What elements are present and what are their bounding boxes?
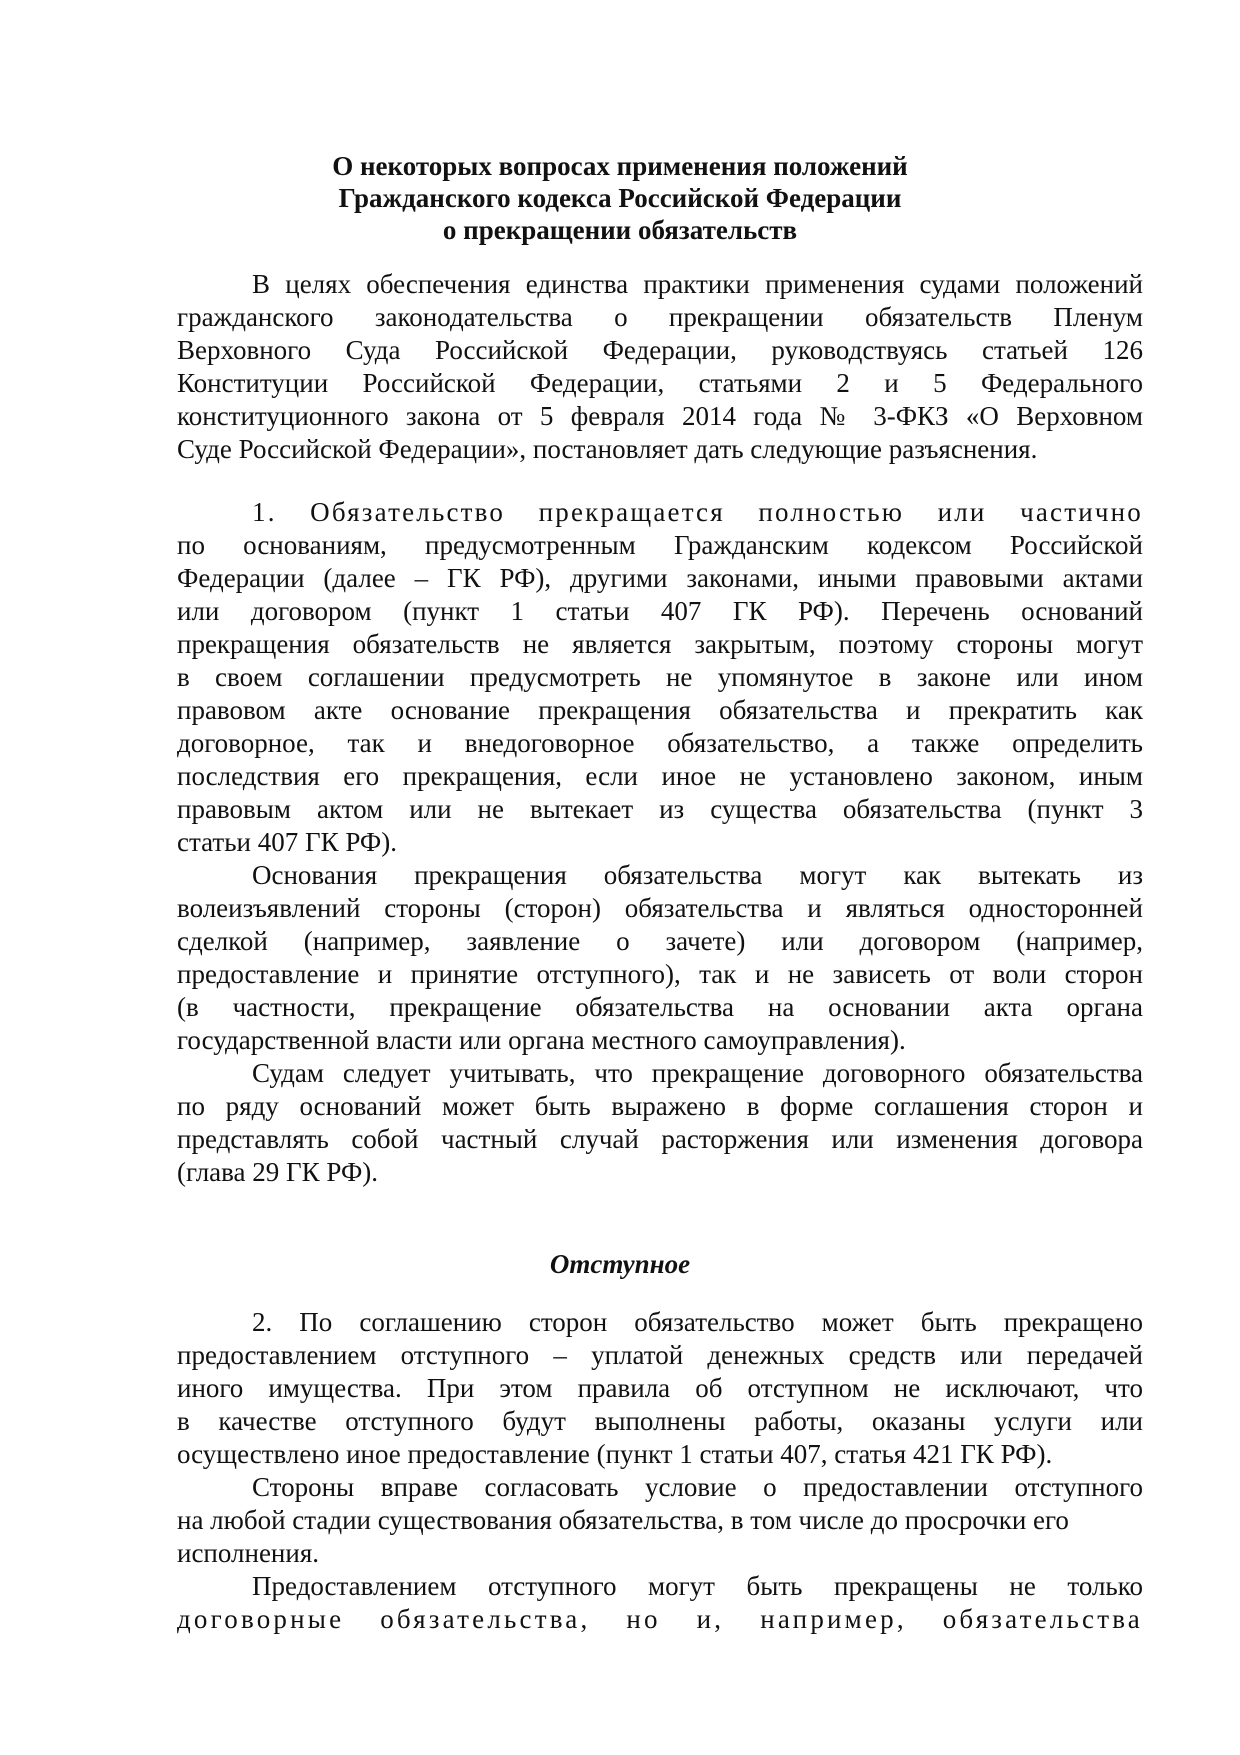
paragraph-2c: Предоставлением отступного могут быть пр… [177,1570,1143,1636]
text-line: гражданского законодательства о прекраще… [177,301,1143,334]
text-line: последствия его прекращения, если иное н… [177,760,1143,793]
text-line: в своем соглашении предусмотреть не упом… [177,661,1143,694]
text-line: правовом акте основание прекращения обяз… [177,694,1143,727]
text-line: сделкой (например, заявление о зачете) и… [177,925,1143,958]
document-page: О некоторых вопросах применения положени… [0,0,1240,1755]
text-line: правовым актом или не вытекает из сущест… [177,793,1143,826]
text-line: исполнения. [177,1537,1143,1570]
text-line: Верховного Суда Российской Федерации, ру… [177,334,1143,367]
text-line: представлять собой частный случай растор… [177,1123,1143,1156]
text-line: 2. По соглашению сторон обязательство мо… [177,1306,1143,1339]
text-line: или договором (пункт 1 статьи 407 ГК РФ)… [177,595,1143,628]
title-line: О некоторых вопросах применения положени… [0,150,1240,182]
paragraph-1b: Основания прекращения обязательства могу… [177,859,1143,1057]
text-line: на любой стадии существования обязательс… [177,1504,1143,1537]
text-line: в качестве отступного будут выполнены ра… [177,1405,1143,1438]
paragraph-1: 1. Обязательство прекращается полностью … [177,496,1143,859]
text-line: Судам следует учитывать, что прекращение… [177,1057,1143,1090]
text-line: статьи 407 ГК РФ). [177,826,1143,859]
text-line: по ряду оснований может быть выражено в … [177,1090,1143,1123]
text-line: предоставлением отступного – уплатой ден… [177,1339,1143,1372]
section-heading: Отступное [0,1248,1240,1281]
text-line: Федерации (далее – ГК РФ), другими закон… [177,562,1143,595]
text-line: осуществлено иное предоставление (пункт … [177,1438,1143,1471]
text-line: волеизъявлений стороны (сторон) обязател… [177,892,1143,925]
preamble-paragraph: В целях обеспечения единства практики пр… [177,268,1143,466]
text-line: Стороны вправе согласовать условие о пре… [177,1471,1143,1504]
text-line: прекращения обязательств не является зак… [177,628,1143,661]
text-line: по основаниям, предусмотренным Гражданск… [177,529,1143,562]
text-line: Основания прекращения обязательства могу… [177,859,1143,892]
title-line: о прекращении обязательств [0,214,1240,246]
text-line: Конституции Российской Федерации, статья… [177,367,1143,400]
title-line: Гражданского кодекса Российской Федераци… [0,182,1240,214]
text-line: Предоставлением отступного могут быть пр… [177,1570,1143,1603]
text-line: договорное, так и внедоговорное обязател… [177,727,1143,760]
text-line: (в частности, прекращение обязательства … [177,991,1143,1024]
text-line: Суде Российской Федерации», постановляет… [177,433,1143,466]
paragraph-2: 2. По соглашению сторон обязательство мо… [177,1306,1143,1471]
text-line: 1. Обязательство прекращается полностью … [177,496,1143,529]
text-line: предоставление и принятие отступного), т… [177,958,1143,991]
text-line: иного имущества. При этом правила об отс… [177,1372,1143,1405]
text-line: договорные обязательства, но и, например… [177,1603,1143,1636]
text-line: В целях обеспечения единства практики пр… [177,268,1143,301]
paragraph-2b: Стороны вправе согласовать условие о пре… [177,1471,1143,1570]
paragraph-1c: Судам следует учитывать, что прекращение… [177,1057,1143,1189]
text-line: конституционного закона от 5 февраля 201… [177,400,1143,433]
text-line: (глава 29 ГК РФ). [177,1156,1143,1189]
document-title: О некоторых вопросах применения положени… [0,150,1240,246]
text-line: государственной власти или органа местно… [177,1024,1143,1057]
